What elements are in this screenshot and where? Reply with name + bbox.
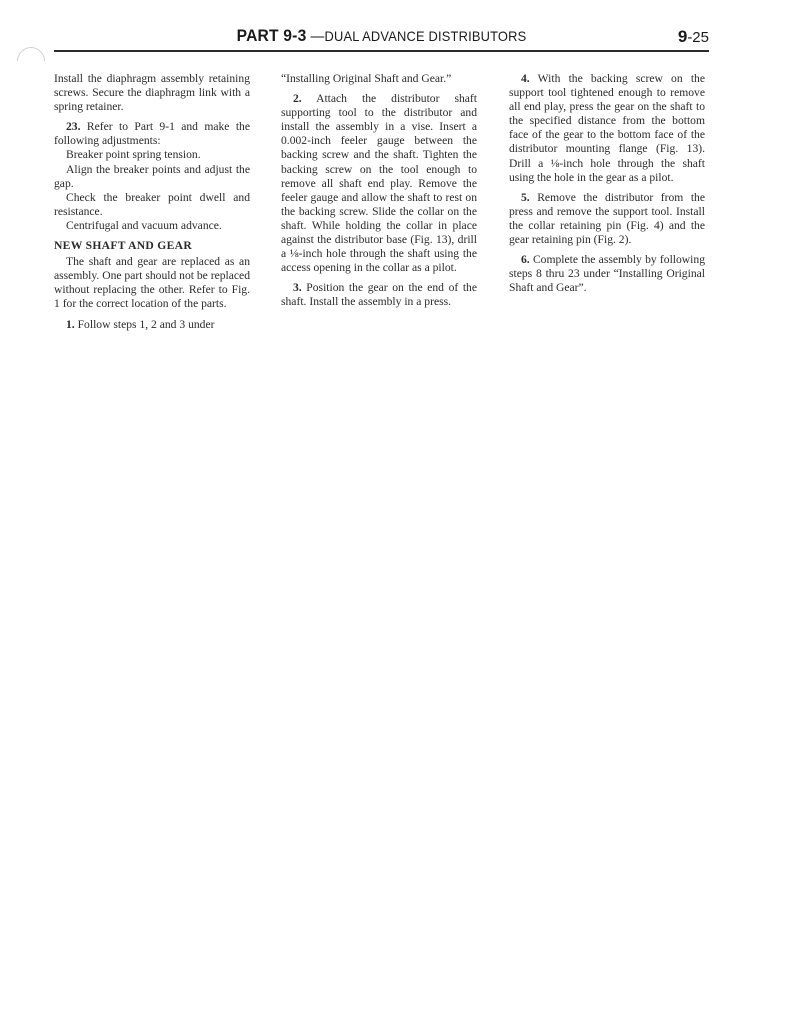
paragraph-text: “Installing Original Shaft and Gear.” xyxy=(281,72,451,85)
step-5: 5. Remove the distributor from the press… xyxy=(509,191,705,247)
step-text: Complete the assembly by following steps… xyxy=(509,253,705,294)
paragraph-text: Check the breaker point dwell and resist… xyxy=(54,191,250,218)
step-1: 1. Follow steps 1, 2 and 3 under xyxy=(54,318,250,332)
page-header: PART 9-3 —DUAL ADVANCE DISTRIBUTORS 9-25 xyxy=(54,26,709,50)
paragraph: The shaft and gear are replaced as an as… xyxy=(54,255,250,311)
step-text: Position the gear on the end of the shaf… xyxy=(281,281,477,308)
section-title: PART 9-3 —DUAL ADVANCE DISTRIBUTORS xyxy=(80,26,683,46)
page-number-minor: -25 xyxy=(687,29,709,46)
step-number: 23. xyxy=(66,120,81,133)
section-name: DUAL ADVANCE DISTRIBUTORS xyxy=(324,28,526,44)
step-text: Attach the distributor shaft supporting … xyxy=(281,92,477,274)
paragraph-text: Align the breaker points and adjust the … xyxy=(54,163,250,190)
step-3: 3. Position the gear on the end of the s… xyxy=(281,281,477,309)
step-number: 6. xyxy=(521,253,530,266)
paragraph: Breaker point spring tension. xyxy=(54,148,250,162)
page-number: 9-25 xyxy=(678,27,709,47)
paragraph-text: Breaker point spring tension. xyxy=(66,148,201,161)
step-number: 4. xyxy=(521,72,530,85)
paragraph: “Installing Original Shaft and Gear.” xyxy=(281,72,477,86)
step-text: With the backing screw on the support to… xyxy=(509,72,705,184)
step-number: 3. xyxy=(293,281,302,294)
paragraph-text: Centrifugal and vacuum advance. xyxy=(66,219,222,232)
step-2: 2. Attach the distributor shaft supporti… xyxy=(281,92,477,275)
step-text: Follow steps 1, 2 and 3 under xyxy=(75,318,215,331)
step-text: Remove the distributor from the press an… xyxy=(509,191,705,246)
step-4: 4. With the backing screw on the support… xyxy=(509,72,705,185)
paragraph-text: The shaft and gear are replaced as an as… xyxy=(54,255,250,310)
paragraph: Install the diaphragm assembly retaining… xyxy=(54,72,250,114)
step-number: 5. xyxy=(521,191,530,204)
step-number: 1. xyxy=(66,318,75,331)
paragraph: Centrifugal and vacuum advance. xyxy=(54,219,250,233)
paragraph: Check the breaker point dwell and resist… xyxy=(54,191,250,219)
step-6: 6. Complete the assembly by following st… xyxy=(509,253,705,295)
binder-hole-mark xyxy=(11,41,51,81)
step-23: 23. Refer to Part 9-1 and make the follo… xyxy=(54,120,250,148)
column-2: “Installing Original Shaft and Gear.” 2.… xyxy=(281,72,477,316)
paragraph: Align the breaker points and adjust the … xyxy=(54,163,250,191)
part-label: PART 9-3 xyxy=(237,26,307,45)
header-rule xyxy=(54,50,709,52)
step-text: Refer to Part 9-1 and make the following… xyxy=(54,120,250,147)
title-dash: — xyxy=(310,28,324,45)
paragraph-text: Install the diaphragm assembly retaining… xyxy=(54,72,250,113)
step-number: 2. xyxy=(293,92,302,105)
column-3: 4. With the backing screw on the support… xyxy=(509,72,705,301)
column-1: Install the diaphragm assembly retaining… xyxy=(54,72,250,338)
page-number-major: 9 xyxy=(678,27,687,46)
section-heading: NEW SHAFT AND GEAR xyxy=(54,239,250,253)
